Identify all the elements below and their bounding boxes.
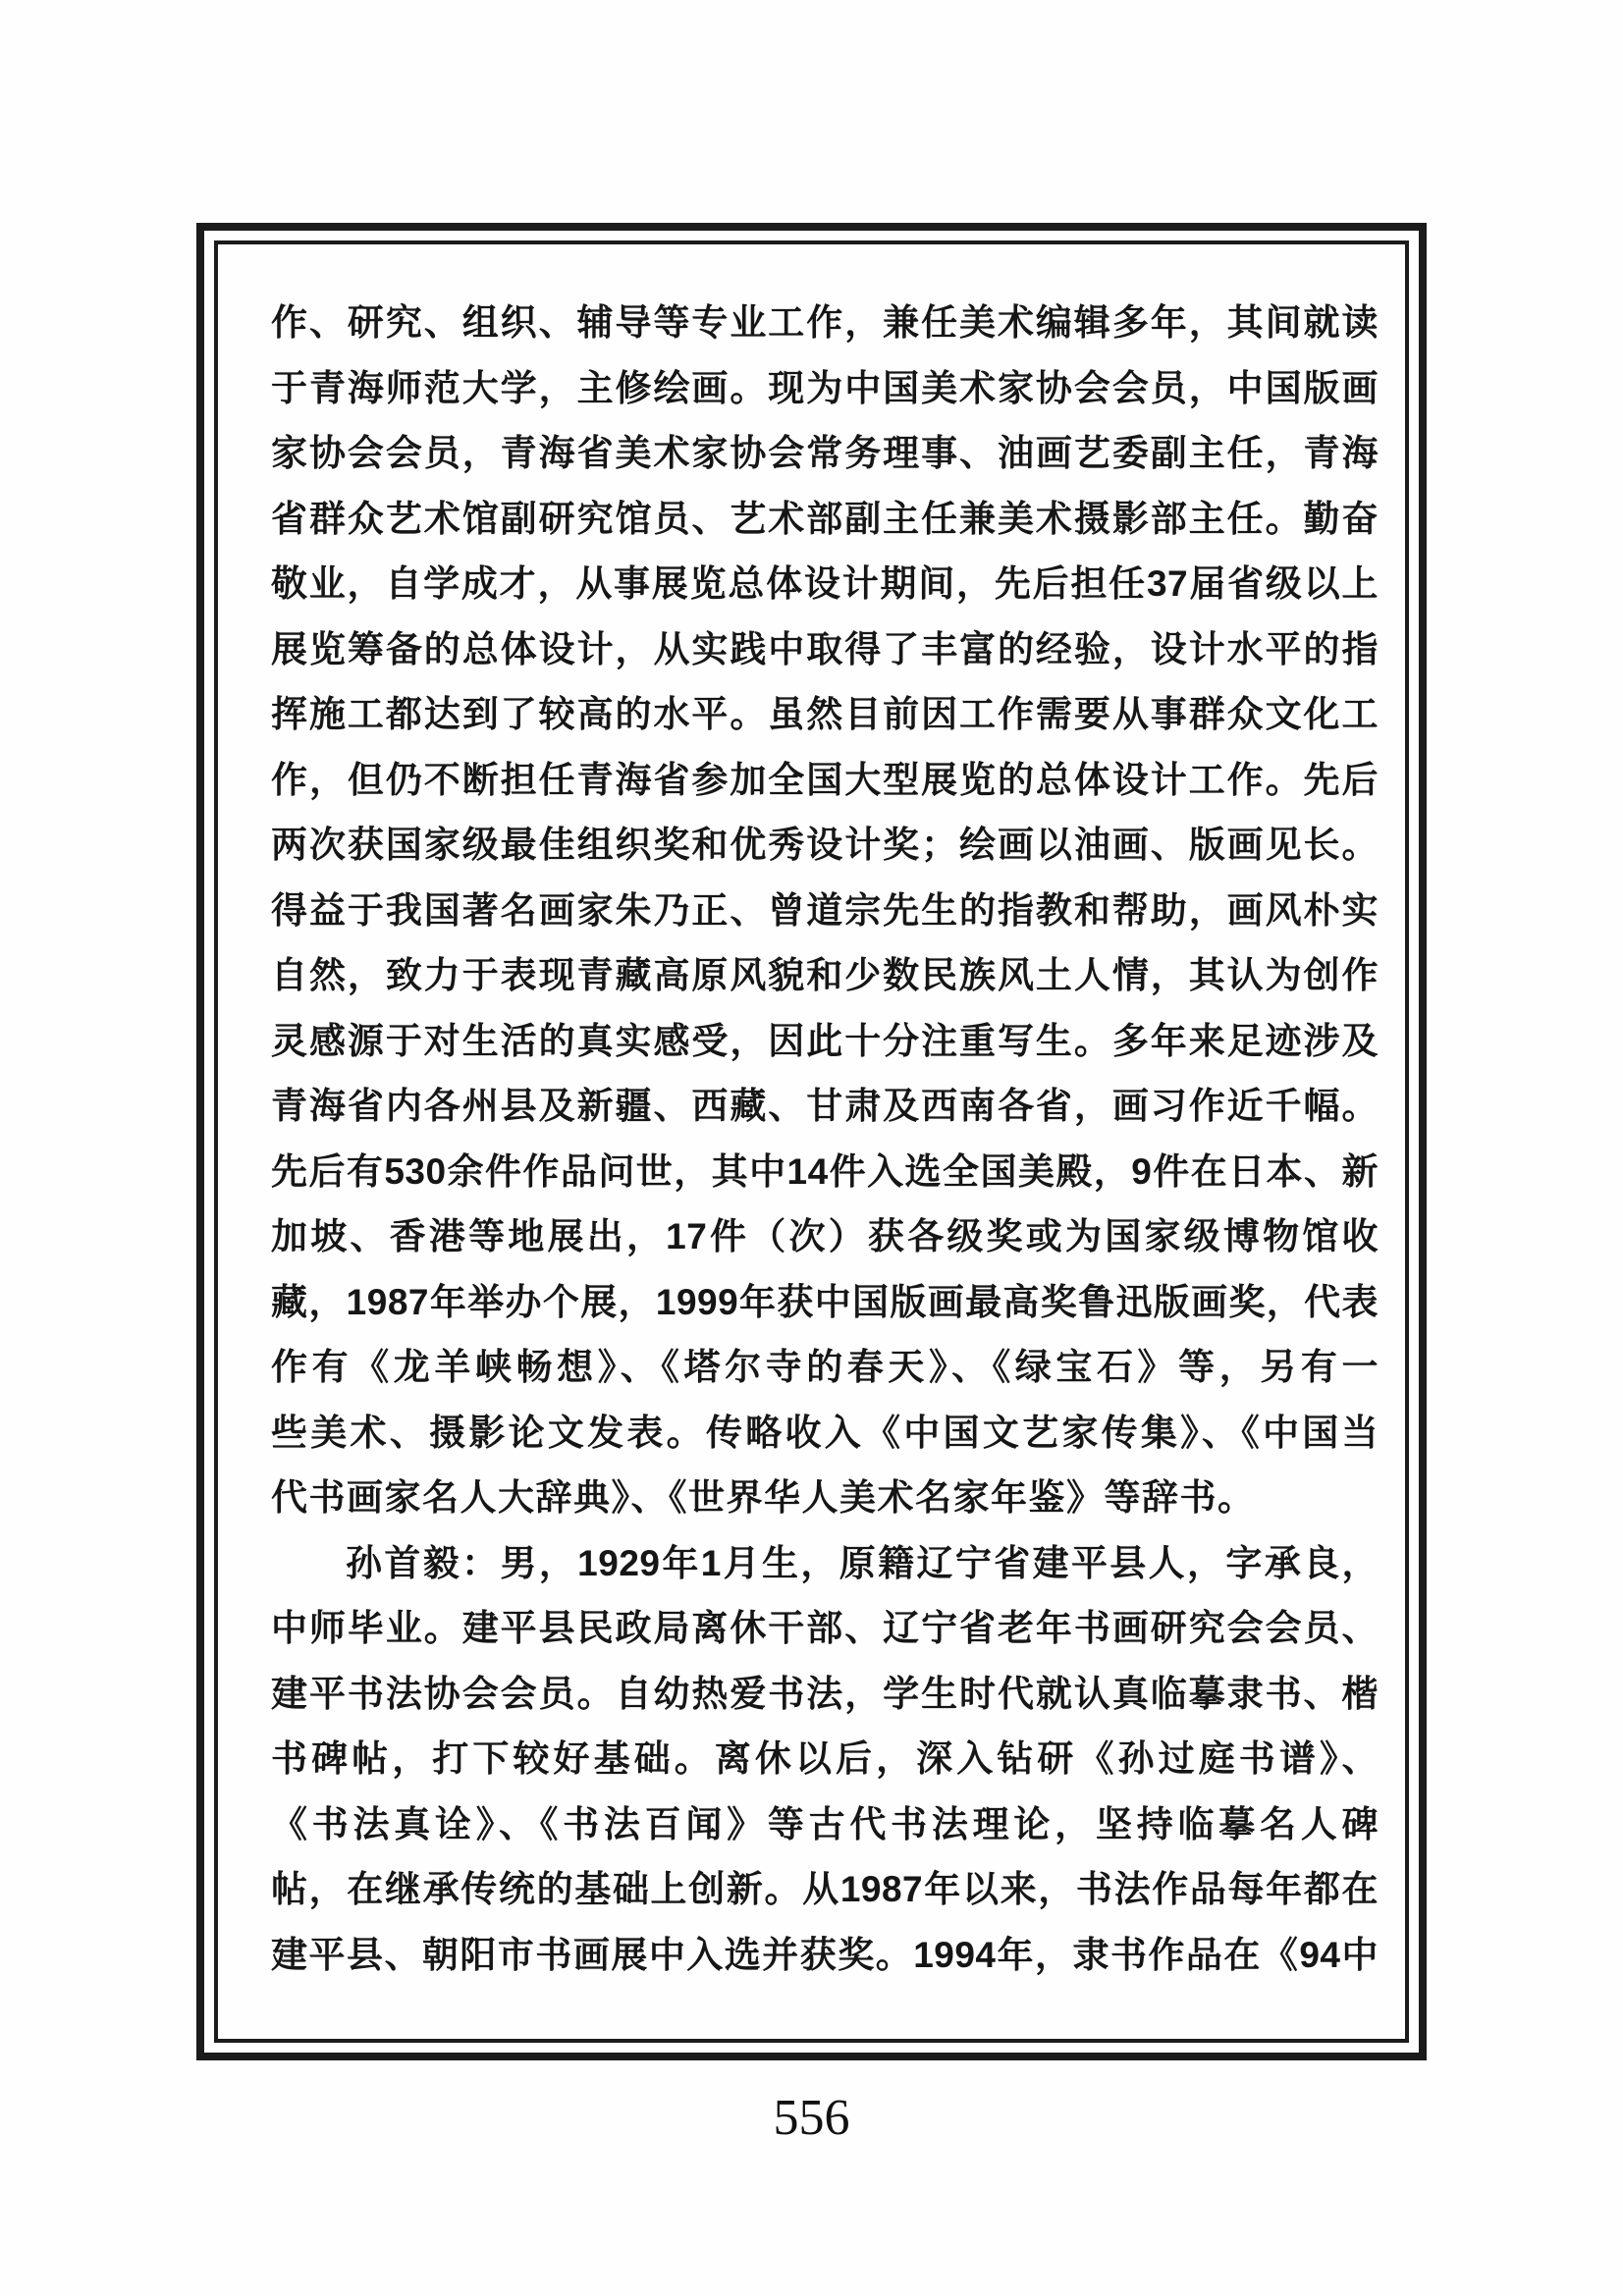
text-line: 得益于我国著名画家朱乃正、曾道宗先生的指教和帮助，画风朴实	[271, 879, 1379, 944]
text-line: 中师毕业。建平县民政局离休干部、辽宁省老年书画研究会会员、	[271, 1596, 1379, 1662]
text-line: 于青海师范大学，主修绘画。现为中国美术家协会会员，中国版画	[271, 356, 1379, 422]
text-line-paragraph-start: 孙首毅：男，1929年1月生，原籍辽宁省建平县人，字承良，	[271, 1531, 1379, 1597]
text-line: 两次获国家级最佳组织奖和优秀设计奖；绘画以油画、版画见长。	[271, 813, 1379, 879]
text-line: 自然，致力于表现青藏高原风貌和少数民族风土人情，其认为创作	[271, 943, 1379, 1009]
text-line: 《书法真诠》、《书法百闻》等古代书法理论，坚持临摹名人碑	[271, 1792, 1379, 1858]
body-text-block: 作、研究、组织、辅导等专业工作，兼任美术编辑多年，其间就读 于青海师范大学，主修…	[271, 291, 1379, 1988]
text-line-paragraph-end: 代书画家名人大辞典》、《世界华人美术名家年鉴》等辞书。	[271, 1466, 1379, 1531]
book-page: 作、研究、组织、辅导等专业工作，兼任美术编辑多年，其间就读 于青海师范大学，主修…	[0, 0, 1623, 2296]
text-line: 灵感源于对生活的真实感受，因此十分注重写生。多年来足迹涉及	[271, 1009, 1379, 1075]
text-line: 作有《龙羊峡畅想》、《塔尔寺的春天》、《绿宝石》等，另有一	[271, 1335, 1379, 1401]
text-line: 藏，1987年举办个展，1999年获中国版画最高奖鲁迅版画奖，代表	[271, 1270, 1379, 1336]
text-line: 作、研究、组织、辅导等专业工作，兼任美术编辑多年，其间就读	[271, 291, 1379, 356]
text-line: 省群众艺术馆副研究馆员、艺术部副主任兼美术摄影部主任。勤奋	[271, 487, 1379, 553]
text-line: 建平县、朝阳市书画展中入选并获奖。1994年，隶书作品在《94中	[271, 1923, 1379, 1989]
text-line: 展览筹备的总体设计，从实践中取得了丰富的经验，设计水平的指	[271, 617, 1379, 683]
text-line: 挥施工都达到了较高的水平。虽然目前因工作需要从事群众文化工	[271, 682, 1379, 748]
page-number: 556	[196, 2089, 1427, 2147]
text-line: 敬业，自学成才，从事展览总体设计期间，先后担任37届省级以上	[271, 552, 1379, 617]
text-line: 建平书法协会会员。自幼热爱书法，学生时代就认真临摹隶书、楷	[271, 1662, 1379, 1728]
text-line: 些美术、摄影论文发表。传略收入《中国文艺家传集》、《中国当	[271, 1401, 1379, 1467]
text-line: 加坡、香港等地展出，17件（次）获各级奖或为国家级博物馆收	[271, 1204, 1379, 1270]
text-line: 青海省内各州县及新疆、西藏、甘肃及西南各省，画习作近千幅。	[271, 1074, 1379, 1140]
text-line: 帖，在继承传统的基础上创新。从1987年以来，书法作品每年都在	[271, 1857, 1379, 1923]
text-line: 先后有530余件作品问世，其中14件入选全国美殿，9件在日本、新	[271, 1140, 1379, 1205]
text-line: 作，但仍不断担任青海省参加全国大型展览的总体设计工作。先后	[271, 748, 1379, 814]
text-line: 书碑帖，打下较好基础。离休以后，深入钻研《孙过庭书谱》、	[271, 1727, 1379, 1792]
text-line: 家协会会员，青海省美术家协会常务理事、油画艺委副主任，青海	[271, 421, 1379, 487]
